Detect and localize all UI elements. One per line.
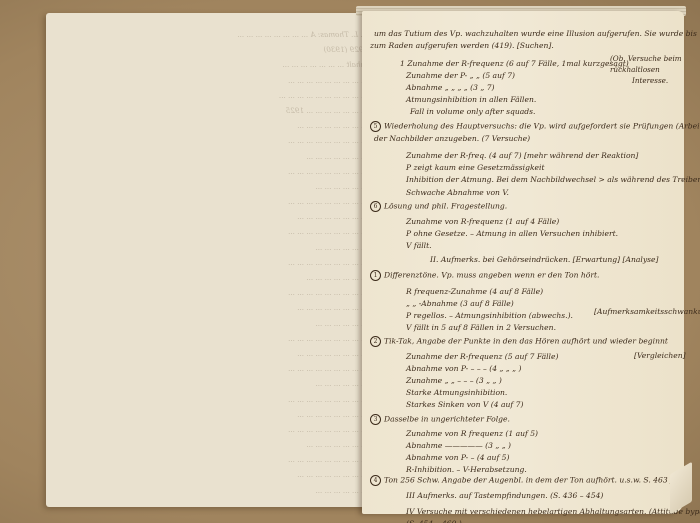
circled-number-icon: 1 bbox=[370, 270, 381, 281]
manuscript-line: 1 Zunahme der R-frequenz (6 auf 7 Fälle,… bbox=[400, 59, 629, 68]
manuscript-line: 3Dasselbe in ungerichteter Folge. bbox=[370, 414, 510, 425]
manuscript-line: Atmungsinhibition in allen Fällen. bbox=[406, 95, 536, 104]
bleed-line: ... ... ... ... ... ... bbox=[60, 316, 368, 331]
circled-number-icon: 3 bbox=[370, 414, 381, 425]
manuscript-line-text: Tik-Tak, Angabe der Punkte in den das Hö… bbox=[384, 337, 668, 346]
margin-note-line-1: (Ob. Versuche beim rückhaltlosen bbox=[610, 53, 684, 75]
manuscript-line: II. Aufmerks. bei Gehörseindrücken. [Erw… bbox=[430, 255, 658, 264]
manuscript-line-text: P zeigt kaum eine Gesetzmässigkeit bbox=[406, 163, 545, 172]
bleed-line: ... ... ... ... ... ... ... ... ... ... bbox=[60, 88, 368, 103]
manuscript-line: Starkes Sinken von V (4 auf 7) bbox=[406, 400, 523, 409]
manuscript-line-text: P ohne Gesetze. – Atmung in allen Versuc… bbox=[406, 229, 618, 238]
circled-number-icon: 5 bbox=[370, 121, 381, 132]
manuscript-line-text: Lösung und phil. Fragestellung. bbox=[384, 202, 507, 211]
manuscript-line-text: III Aufmerks. auf Tastempfindungen. (S. … bbox=[406, 491, 603, 500]
manuscript-line: [Aufmerksamkeitsschwankung]! bbox=[594, 307, 700, 316]
bleed-line: ... ... ... ... ... ... ... bbox=[60, 149, 368, 164]
manuscript-line-text: Abnahme ————— (3 „ „ ) bbox=[406, 441, 511, 450]
bleed-line: ... ... ... ... ... ... ... ... bbox=[60, 118, 368, 133]
bleed-line: ... ... ... ... ... ... ... 1925 bbox=[60, 103, 368, 118]
manuscript-line: Abnahme von P- – – – (4 „ „ „ ) bbox=[406, 364, 521, 373]
manuscript-line: Zunahme „ „ – – – (3 „ „ ) bbox=[406, 376, 502, 385]
manuscript-line: Fall in volume only after squads. bbox=[410, 107, 535, 116]
manuscript-line-text: Atmungsinhibition in allen Fällen. bbox=[406, 95, 536, 104]
manuscript-line-text: Differenztöne. Vp. muss angeben wenn er … bbox=[384, 271, 599, 280]
manuscript-line-text: (S. 454 – 460.) bbox=[406, 519, 462, 523]
manuscript-line: V fällt. bbox=[406, 241, 432, 250]
manuscript-line-text: V fällt in 5 auf 8 Fällen in 2 Versuchen… bbox=[406, 323, 556, 332]
manuscript-line: Schwache Abnahme von V. bbox=[406, 188, 509, 197]
manuscript-line: 2Tik-Tak, Angabe der Punkte in den das H… bbox=[370, 336, 668, 347]
manuscript-line-text: Abnahme von P- – (4 auf 5) bbox=[406, 453, 509, 462]
bleed-line: ... ... ... ... ... ... ... ... ... bbox=[60, 164, 368, 179]
manuscript-line-text: „ „ -Abnahme (3 auf 8 Fälle) bbox=[406, 299, 514, 308]
manuscript-line: Starke Atmungsinhibition. bbox=[406, 388, 507, 397]
margin-note: (Ob. Versuche beim rückhaltlosen Interes… bbox=[610, 53, 684, 86]
manuscript-line: V fällt in 5 auf 8 Fällen in 2 Versuchen… bbox=[406, 323, 556, 332]
manuscript-line: (S. 454 – 460.) bbox=[406, 519, 462, 523]
bleed-line: ... ... ... ... ... ... ... bbox=[60, 437, 368, 452]
manuscript-line-text: Starkes Sinken von V (4 auf 7) bbox=[406, 400, 523, 409]
manuscript-line: [Vergleichen] bbox=[634, 351, 686, 360]
manuscript-line-text: 1 Zunahme der R-frequenz (6 auf 7 Fälle,… bbox=[400, 59, 629, 68]
bleed-line: ... ... ... ... ... ... ... ... ... bbox=[60, 452, 368, 467]
bleed-line: E. L. Thomas: A ... ... ... ... ... ... … bbox=[60, 27, 368, 42]
bleed-line: ... ... ... ... ... ... ... ... ... bbox=[60, 285, 368, 300]
bleed-line: ... ... ... ... ... ... ... ... bbox=[60, 346, 368, 361]
manuscript-line-text: der Nachbilder anzugeben. (7 Versuche) bbox=[374, 134, 530, 143]
manuscript-line: 5Wiederholung des Hauptversuchs: die Vp.… bbox=[370, 121, 700, 132]
manuscript-line-text: Zunahme der P- „ „ (5 auf 7) bbox=[406, 71, 515, 80]
manuscript-line: Abnahme ————— (3 „ „ ) bbox=[406, 441, 511, 450]
bleed-line: ... ... ... ... ... ... ... ... ... bbox=[60, 422, 368, 437]
manuscript-line-text: Abnahme von P- – – – (4 „ „ „ ) bbox=[406, 364, 521, 373]
bleed-line: ... ... ... ... ... ... ... ... bbox=[60, 300, 368, 315]
manuscript-line: um das Tutium des Vp. wachzuhalten wurde… bbox=[374, 29, 697, 38]
circled-number-icon: 2 bbox=[370, 336, 381, 347]
manuscript-line: P regellos. – Atmungsinhibition (abwechs… bbox=[406, 311, 573, 320]
manuscript-line: III Aufmerks. auf Tastempfindungen. (S. … bbox=[406, 491, 603, 500]
bleed-line: ... ... ... ... ... ... ... ... bbox=[60, 467, 368, 482]
bleed-line: ... ... ... ... ... ... bbox=[60, 240, 368, 255]
bleed-line: ... ... ... ... ... ... ... ... ... bbox=[60, 73, 368, 88]
manuscript-line: der Nachbilder anzugeben. (7 Versuche) bbox=[374, 134, 530, 143]
manuscript-line: Zunahme von R-frequenz (1 auf 4 Fälle) bbox=[406, 217, 559, 226]
circled-number-icon: 6 bbox=[370, 201, 381, 212]
bleed-line: Inhalt ... ... ... ... ... ... ... bbox=[60, 57, 368, 72]
manuscript-line-text: Fall in volume only after squads. bbox=[410, 107, 535, 116]
right-manuscript-page: um das Tutium des Vp. wachzuhalten wurde… bbox=[362, 11, 684, 514]
manuscript-line: IV Versuche mit verschiedenen hebelartig… bbox=[406, 507, 700, 516]
bleed-line: ... ... ... ... ... ... ... ... ... bbox=[60, 255, 368, 270]
manuscript-line-text: V fällt. bbox=[406, 241, 432, 250]
left-manuscript-page: E. L. Thomas: A ... ... ... ... ... ... … bbox=[46, 13, 376, 507]
manuscript-line-text: Inhibition der Atmung. Bei dem Nachbildw… bbox=[406, 175, 700, 184]
manuscript-line: Zunahme von R frequenz (1 auf 5) bbox=[406, 429, 538, 438]
manuscript-line-text: Dasselbe in ungerichteter Folge. bbox=[384, 415, 510, 424]
margin-note-line-2: Interesse. bbox=[610, 75, 684, 86]
manuscript-line-text: II. Aufmerks. bei Gehörseindrücken. [Erw… bbox=[430, 255, 658, 264]
manuscript-line: Zunahme der R-frequenz (5 auf 7 Fälle) bbox=[406, 352, 558, 361]
circled-number-icon: 4 bbox=[370, 475, 381, 486]
bleed-line: ... ... ... ... ... ... ... ... ... bbox=[60, 194, 368, 209]
handwritten-notes: um das Tutium des Vp. wachzuhalten wurde… bbox=[362, 11, 684, 514]
manuscript-line-text: [Aufmerksamkeitsschwankung]! bbox=[594, 307, 700, 316]
bleed-line: ... ... ... ... ... ... bbox=[60, 179, 368, 194]
manuscript-line: „ „ -Abnahme (3 auf 8 Fälle) bbox=[406, 299, 514, 308]
manuscript-line: Abnahme „ „ „ „ (3 „ 7) bbox=[406, 83, 495, 92]
manuscript-line: R frequenz-Zunahme (4 auf 8 Fälle) bbox=[406, 287, 543, 296]
manuscript-line: P zeigt kaum eine Gesetzmässigkeit bbox=[406, 163, 545, 172]
manuscript-line-text: P regellos. – Atmungsinhibition (abwechs… bbox=[406, 311, 573, 320]
bleed-line: ... ... ... ... ... ... ... ... ... bbox=[60, 361, 368, 376]
manuscript-line: 1Differenztöne. Vp. muss angeben wenn er… bbox=[370, 270, 599, 281]
manuscript-line-text: Ton 256 Schw. Angabe der Augenbl. in dem… bbox=[384, 476, 678, 485]
manuscript-line: zum Raden aufgerufen werden (419). [Such… bbox=[370, 41, 554, 50]
manuscript-line: R-Inhibition. – V-Herabsetzung. bbox=[406, 465, 527, 474]
manuscript-line: Zunahme der R-freq. (4 auf 7) [mehr währ… bbox=[406, 151, 638, 160]
bleed-line: ... ... ... ... ... ... ... bbox=[60, 270, 368, 285]
manuscript-line: Zunahme der P- „ „ (5 auf 7) bbox=[406, 71, 515, 80]
manuscript-line-text: Zunahme der R-frequenz (5 auf 7 Fälle) bbox=[406, 352, 558, 361]
bleed-line: ... ... ... ... ... ... bbox=[60, 376, 368, 391]
manuscript-line-text: Abnahme „ „ „ „ (3 „ 7) bbox=[406, 83, 495, 92]
manuscript-line: 4Ton 256 Schw. Angabe der Augenbl. in de… bbox=[370, 475, 678, 486]
bleed-line: ... ... ... ... ... ... ... ... ... bbox=[60, 224, 368, 239]
bleed-line: ... ... ... ... ... ... ... ... ... bbox=[60, 331, 368, 346]
manuscript-line-text: um das Tutium des Vp. wachzuhalten wurde… bbox=[374, 29, 697, 38]
bleed-through-text: E. L. Thomas: A ... ... ... ... ... ... … bbox=[60, 27, 368, 497]
manuscript-line-text: Schwache Abnahme von V. bbox=[406, 188, 509, 197]
bleed-line: ... ... ... ... ... ... bbox=[60, 483, 368, 497]
manuscript-line-text: Zunahme von R-frequenz (1 auf 4 Fälle) bbox=[406, 217, 559, 226]
manuscript-line-text: Wiederholung des Hauptversuchs: die Vp. … bbox=[384, 122, 700, 131]
manuscript-line: Inhibition der Atmung. Bei dem Nachbildw… bbox=[406, 175, 700, 184]
manuscript-line-text: Starke Atmungsinhibition. bbox=[406, 388, 507, 397]
manuscript-line: P ohne Gesetze. – Atmung in allen Versuc… bbox=[406, 229, 618, 238]
bleed-line: ... ... ... ... ... ... ... ... bbox=[60, 209, 368, 224]
manuscript-line-text: Zunahme „ „ – – – (3 „ „ ) bbox=[406, 376, 502, 385]
manuscript-line-text: R-Inhibition. – V-Herabsetzung. bbox=[406, 465, 527, 474]
bleed-line: ... ... ... ... ... ... ... ... ... bbox=[60, 133, 368, 148]
manuscript-line-text: IV Versuche mit verschiedenen hebelartig… bbox=[406, 507, 700, 516]
manuscript-line: 6Lösung und phil. Fragestellung. bbox=[370, 201, 507, 212]
manuscript-line-text: Zunahme der R-freq. (4 auf 7) [mehr währ… bbox=[406, 151, 638, 160]
bleed-line: 1929 (1930) bbox=[60, 42, 368, 57]
manuscript-line: Abnahme von P- – (4 auf 5) bbox=[406, 453, 509, 462]
manuscript-line-text: [Vergleichen] bbox=[634, 351, 686, 360]
manuscript-line-text: Zunahme von R frequenz (1 auf 5) bbox=[406, 429, 538, 438]
bleed-line: ... ... ... ... ... ... ... ... ... bbox=[60, 392, 368, 407]
bleed-line: ... ... ... ... ... ... ... ... bbox=[60, 407, 368, 422]
manuscript-line-text: R frequenz-Zunahme (4 auf 8 Fälle) bbox=[406, 287, 543, 296]
manuscript-line-text: zum Raden aufgerufen werden (419). [Such… bbox=[370, 41, 554, 50]
